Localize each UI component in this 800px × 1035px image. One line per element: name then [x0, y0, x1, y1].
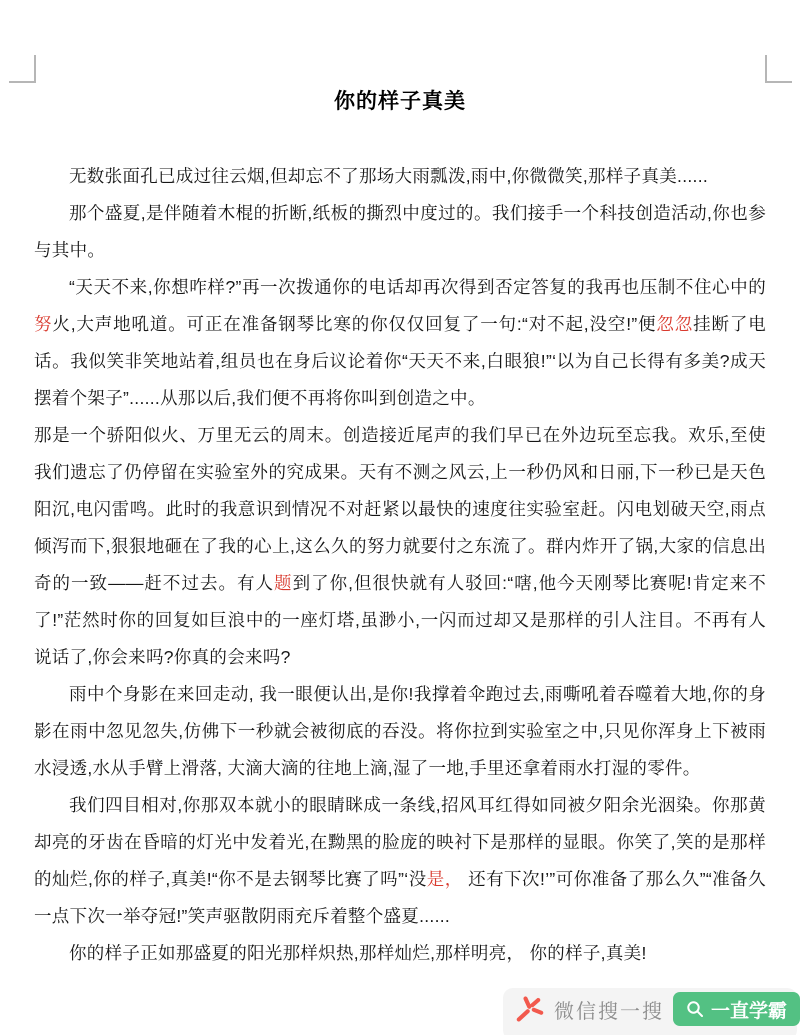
highlighted-text: 题 — [274, 573, 293, 593]
page-margin-corner-right-icon — [765, 55, 792, 83]
magnifier-icon — [686, 1000, 704, 1018]
essay-body: 无数张面孔已成过往云烟,但却忘不了那场大雨瓢泼,雨中,你微微笑,那样子真美...… — [34, 158, 766, 972]
paragraph: 那是一个骄阳似火、万里无云的周末。创造接近尾声的我们早已在外边玩至忘我。欢乐,至… — [34, 417, 766, 676]
paragraph: 那个盛夏,是伴随着木棍的折断,纸板的撕烈中度过的。我们接手一个科技创造活动,你也… — [34, 195, 766, 269]
paragraph-text: 无数张面孔已成过往云烟,但却忘不了那场大雨瓢泼,雨中,你微微笑,那样子真美...… — [69, 166, 708, 186]
page-margin-corner-left-icon — [9, 55, 36, 83]
paragraph: 无数张面孔已成过往云烟,但却忘不了那场大雨瓢泼,雨中,你微微笑,那样子真美...… — [34, 158, 766, 195]
paragraph-text: 你的样子正如那盛夏的阳光那样炽热,那样灿烂,那样明亮， 你的样子,真美! — [69, 943, 647, 963]
highlighted-text: 是， — [427, 869, 463, 889]
wechat-search-logo-icon — [515, 994, 545, 1024]
paragraph: “天天不来,你想咋样?”再一次拨通你的电话却再次得到否定答复的我再也压制不住心中… — [34, 269, 766, 417]
wechat-search-keyword-label: 一直学霸 — [711, 996, 787, 1023]
wechat-search-brand-label: 微信搜一搜 — [554, 995, 664, 1024]
wechat-search-keyword-button[interactable]: 一直学霸 — [673, 992, 800, 1026]
paragraph: 我们四目相对,你那双本就小的眼睛眯成一条线,招风耳红得如同被夕阳余光洇染。你那黄… — [34, 787, 766, 935]
paragraph: 雨中个身影在来回走动, 我一眼便认出,是你!我撑着伞跑过去,雨嘶吼着吞噬着大地,… — [34, 676, 766, 787]
paragraph: 你的样子正如那盛夏的阳光那样炽热,那样灿烂,那样明亮， 你的样子,真美! — [34, 935, 766, 972]
paragraph-text: 火,大声地吼道。可正在准备钢琴比寒的你仅仅回复了一句:“对不起,没空!”便 — [52, 314, 656, 334]
essay-title: 你的样子真美 — [34, 90, 766, 114]
essay-document: 你的样子真美 无数张面孔已成过往云烟,但却忘不了那场大雨瓢泼,雨中,你微微笑,那… — [34, 90, 766, 972]
paragraph-text: 那个盛夏,是伴随着木棍的折断,纸板的撕烈中度过的。我们接手一个科技创造活动,你也… — [34, 203, 766, 260]
paragraph-text: 那是一个骄阳似火、万里无云的周末。创造接近尾声的我们早已在外边玩至忘我。欢乐,至… — [34, 425, 766, 593]
document-page: 你的样子真美 无数张面孔已成过往云烟,但却忘不了那场大雨瓢泼,雨中,你微微笑,那… — [0, 0, 800, 1035]
paragraph-text: “天天不来,你想咋样?”再一次拨通你的电话却再次得到否定答复的我再也压制不住心中… — [69, 277, 766, 297]
highlighted-text: 努 — [34, 314, 52, 334]
highlighted-text: 忽忽 — [656, 314, 693, 334]
paragraph-text: 雨中个身影在来回走动, 我一眼便认出,是你!我撑着伞跑过去,雨嘶吼着吞噬着大地,… — [34, 684, 766, 778]
wechat-search-watermark: 微信搜一搜 一直学霸 — [503, 988, 797, 1035]
